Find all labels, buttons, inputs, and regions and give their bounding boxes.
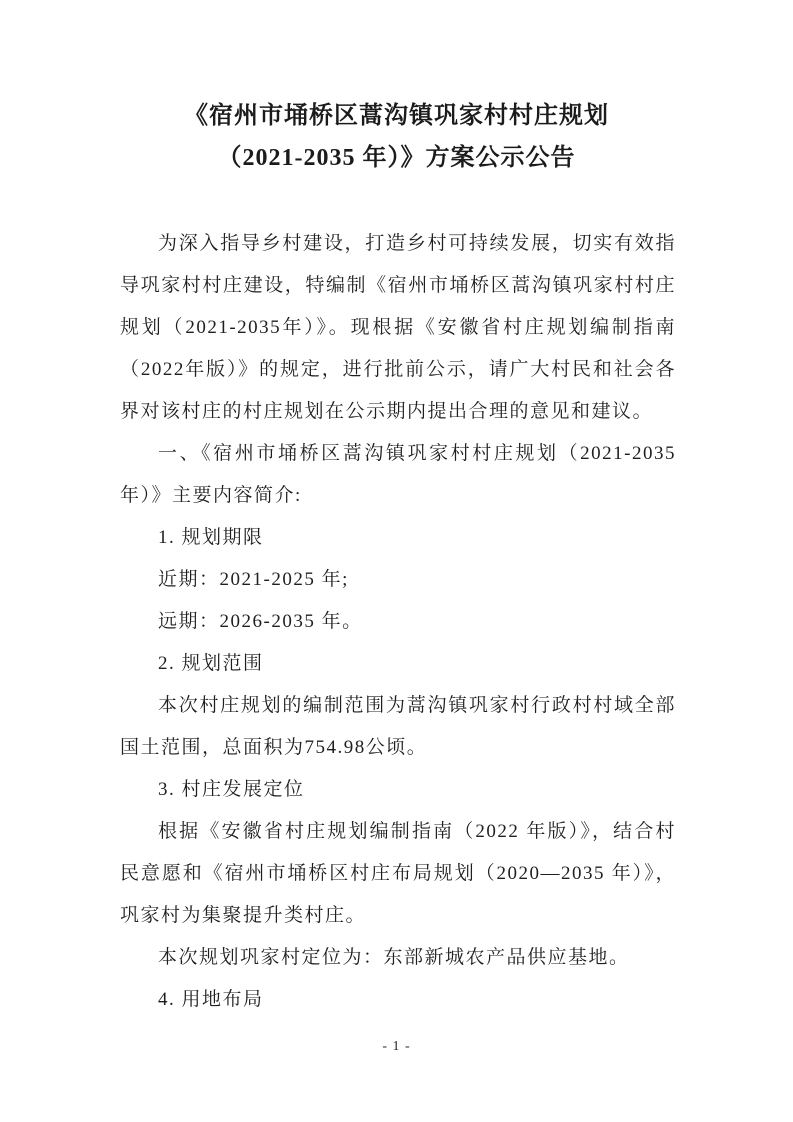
item-village-positioning-heading: 3. 村庄发展定位 [120,769,676,811]
paragraph-planning-scope: 本次村庄规划的编制范围为蒿沟镇巩家村行政村村域全部国土范围，总面积为754.98… [120,685,676,769]
item-land-use-layout-heading: 4. 用地布局 [120,979,676,1021]
item-long-term-period: 远期：2026-2035 年。 [120,601,676,643]
title-line-1: 《宿州市埇桥区蒿沟镇巩家村村庄规划 [0,95,793,137]
item-planning-period-heading: 1. 规划期限 [120,517,676,559]
document-page: 《宿州市埇桥区蒿沟镇巩家村村庄规划 （2021-2035 年）》方案公示公告 为… [0,0,793,1122]
paragraph-village-positioning: 根据《安徽省村庄规划编制指南（2022 年版）》，结合村民意愿和《宿州市埇桥区村… [120,811,676,937]
paragraph-intro: 为深入指导乡村建设，打造乡村可持续发展，切实有效指导巩家村村庄建设，特编制《宿州… [120,223,676,433]
paragraph-positioning-statement: 本次规划巩家村定位为：东部新城农产品供应基地。 [120,937,676,979]
document-body: 为深入指导乡村建设，打造乡村可持续发展，切实有效指导巩家村村庄建设，特编制《宿州… [120,223,676,1021]
item-planning-scope-heading: 2. 规划范围 [120,643,676,685]
title-line-2: （2021-2035 年）》方案公示公告 [0,137,793,179]
document-title: 《宿州市埇桥区蒿沟镇巩家村村庄规划 （2021-2035 年）》方案公示公告 [0,95,793,179]
item-near-term-period: 近期：2021-2025 年; [120,559,676,601]
page-number: - 1 - [0,1037,793,1057]
section-1-heading: 一、《宿州市埇桥区蒿沟镇巩家村村庄规划（2021-2035 年）》主要内容简介: [120,433,676,517]
